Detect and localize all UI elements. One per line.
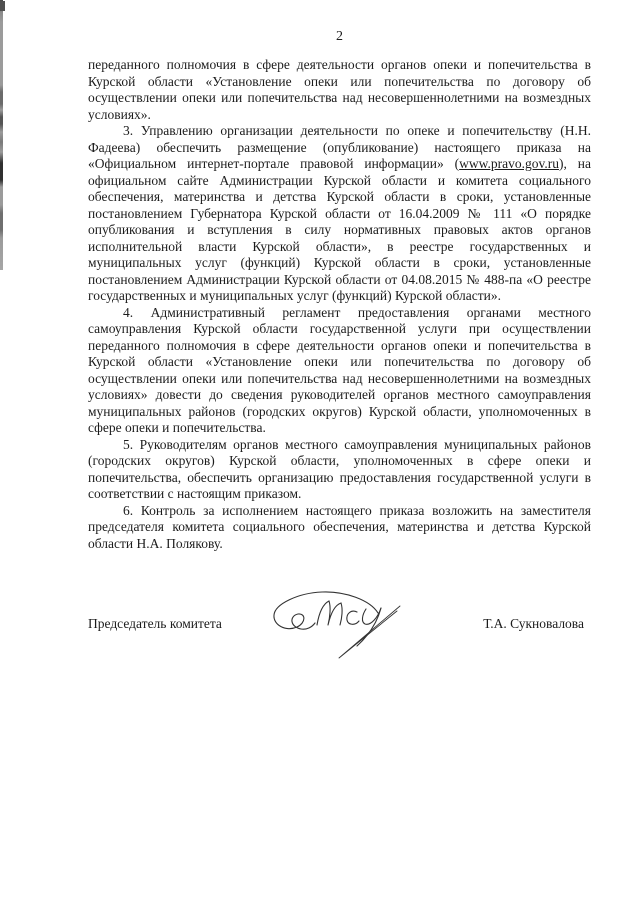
paragraph-continuation: переданного полномочия в сфере деятельно… [88,57,591,123]
signature-block: Председатель комитета Т.А. Сукновалова [88,616,584,633]
scan-artifact-notch [0,1,5,11]
pravo-gov-ru-link: www.pravo.gov.ru [459,156,559,171]
page-number: 2 [88,29,591,45]
paragraph-5: 5. Руководителям органов местного самоуп… [88,437,591,503]
paragraph-6: 6. Контроль за исполнением настоящего пр… [88,503,591,553]
handwritten-signature [260,580,420,690]
paragraph-3-text-after-link: ), на официальном сайте Администрации Ку… [88,156,591,303]
document-page: 2 переданного полномочия в сфере деятель… [0,0,640,905]
scan-artifact-strip [0,0,3,270]
paragraph-4: 4. Административный регламент предоставл… [88,305,591,437]
signatory-title: Председатель комитета [88,616,222,633]
paragraph-3: 3. Управлению организации деятельности п… [88,123,591,305]
signatory-name: Т.А. Сукновалова [483,616,584,633]
document-body: переданного полномочия в сфере деятельно… [88,57,591,552]
